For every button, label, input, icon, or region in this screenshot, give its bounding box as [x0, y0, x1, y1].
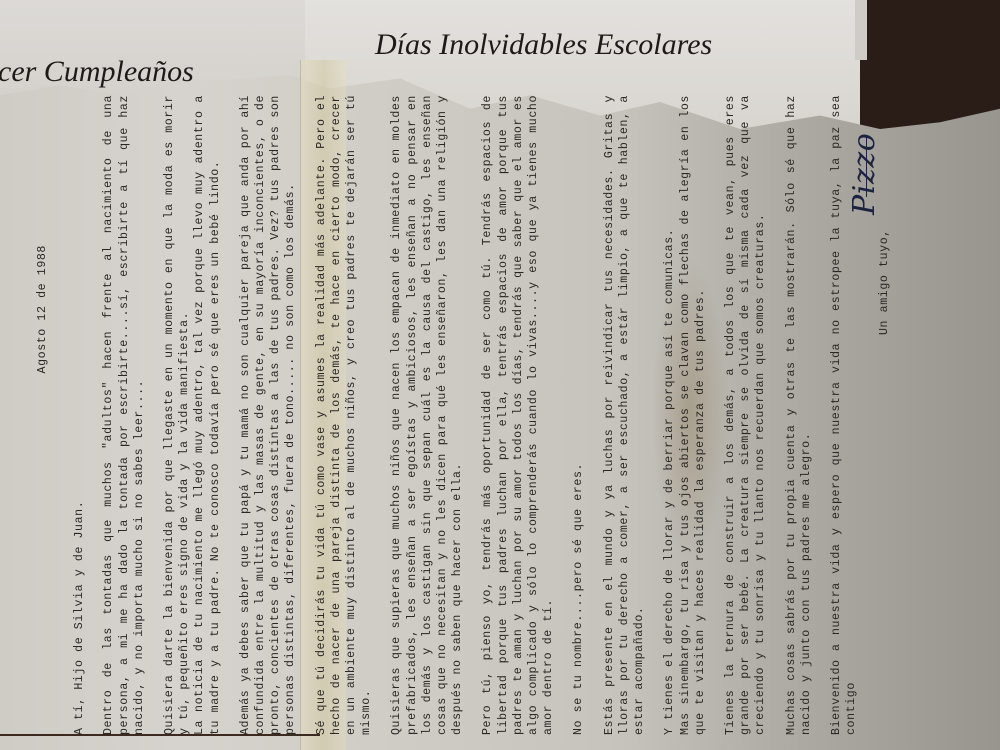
background-page-edge: [855, 0, 867, 60]
background-title-left: cer Cumpleaños: [0, 55, 194, 89]
letter-paragraph: Quisieras que supieras que muchos niños …: [389, 95, 465, 735]
handwritten-signature: Pizzo: [857, 133, 872, 215]
letter-paragraph: Quisiera darte la bienvenida por que lle…: [162, 95, 223, 735]
letter-date: Agosto 12 de 1988: [35, 95, 50, 735]
letter-paragraph: Muchas cosas sabrás por tu propia cuenta…: [784, 95, 814, 735]
typewritten-letter: Agosto 12 de 1988 A tí, Hijo de Silvia y…: [35, 95, 893, 735]
letter-closing: Un amigo tuyo, Pizzo: [877, 95, 892, 735]
letter-paragraph: Y tienes el derecho de llorar y de berri…: [662, 95, 708, 735]
letter-paragraph: Tienes la ternura de construir a los dem…: [723, 95, 769, 735]
letter-paragraph: No se tu nombre....pero sé que eres.: [571, 95, 586, 735]
letter-salutation: A tí, Hijo de Silvia y de Juan.: [72, 95, 87, 735]
letter-body: Dentro de las tontadas que muchos "adult…: [101, 95, 859, 735]
letter-paragraph: Pero tú, pienso yo, tendrás más oportuni…: [480, 95, 556, 735]
letter-paragraph: Estás presente en el mundo y ya luchas p…: [602, 95, 648, 735]
closing-text: Un amigo tuyo,: [878, 229, 891, 335]
letter-paragraph: Dentro de las tontadas que muchos "adult…: [101, 95, 147, 735]
letter-paragraph: Además ya debes saber que tu papá y tu m…: [238, 95, 299, 735]
letter-paragraph: Sé que tú decidirás tu vida tú como vase…: [314, 95, 375, 735]
background-title-right: Días Inolvidables Escolares: [375, 28, 712, 62]
